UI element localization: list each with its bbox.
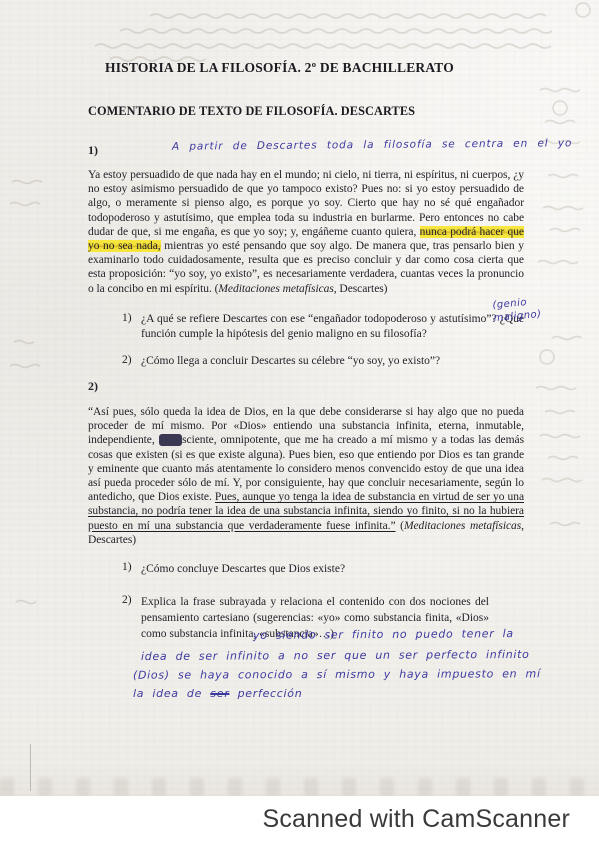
handwritten-answer-line: yo siendo ser finito no puedo tener la [253,627,514,642]
section1-marker: 1) [88,143,98,158]
text-segment-hw: idea de ser infinito a no ser que un ser… [141,648,530,663]
camscanner-footer: Scanned with CamScanner [0,796,599,848]
handwritten-answer-line: la idea de ser perfección [133,687,302,700]
question-text: ¿A qué se refiere Descartes con ese “eng… [141,312,524,341]
text-segment-scribble: omni [159,434,182,446]
text-segment-hw: perfección [229,687,302,700]
scan-bottom-noise [0,778,599,796]
question-row: 1) ¿A qué se refiere Descartes con ese “… [122,312,524,341]
text-segment-hw: la idea de [133,687,210,700]
text-segment-hw: (Dios) se haya conocido a sí mismo y hay… [133,667,541,681]
section1-questions: 1) ¿A qué se refiere Descartes con ese “… [122,312,524,369]
descartes-quote-1: Ya estoy persuadido de que nada hay en e… [88,168,524,296]
text-segment-normal: Descartes) [88,534,136,546]
question-number: 1) [122,561,141,573]
handwritten-top-note: A partir de Descartes toda la filosofía … [172,137,572,152]
handwritten-genio-maligno-note: (genio maligno) [492,296,542,325]
question-row: 1) ¿Cómo concluye Descartes que Dios exi… [122,561,524,577]
scanned-page: HISTORIA DE LA FILOSOFÍA. 2º DE BACHILLE… [0,0,599,796]
text-segment-hw-strike: ser [210,687,229,700]
text-segment-normal: ( [396,520,404,532]
text-segment-normal: Descartes) [337,283,388,295]
document-subtitle: COMENTARIO DE TEXTO DE FILOSOFÍA. DESCAR… [88,104,415,119]
question-text: ¿Cómo concluye Descartes que Dios existe… [141,561,489,577]
text-segment-italic: Meditaciones metafísicas, [404,520,524,532]
camscanner-watermark: Scanned with CamScanner [262,805,570,834]
handwritten-answer-line: idea de ser infinito a no ser que un ser… [141,648,530,663]
text-segment-hw: yo siendo ser finito no puedo tener la [253,627,514,642]
question-number: 2) [122,594,141,606]
question-number: 1) [122,312,141,324]
handwritten-answer-line: (Dios) se haya conocido a sí mismo y hay… [133,667,541,681]
question-number: 2) [122,354,141,366]
descartes-quote-2: “Así pues, sólo queda la idea de Dios, e… [88,405,524,547]
question-row: 2) ¿Cómo llega a concluir Descartes su c… [122,354,524,369]
section2-marker: 2) [88,379,98,394]
question-text: ¿Cómo llega a concluir Descartes su céle… [141,354,524,369]
document-title: HISTORIA DE LA FILOSOFÍA. 2º DE BACHILLE… [105,60,454,76]
text-segment-italic: Meditaciones metafísicas, [218,283,336,295]
